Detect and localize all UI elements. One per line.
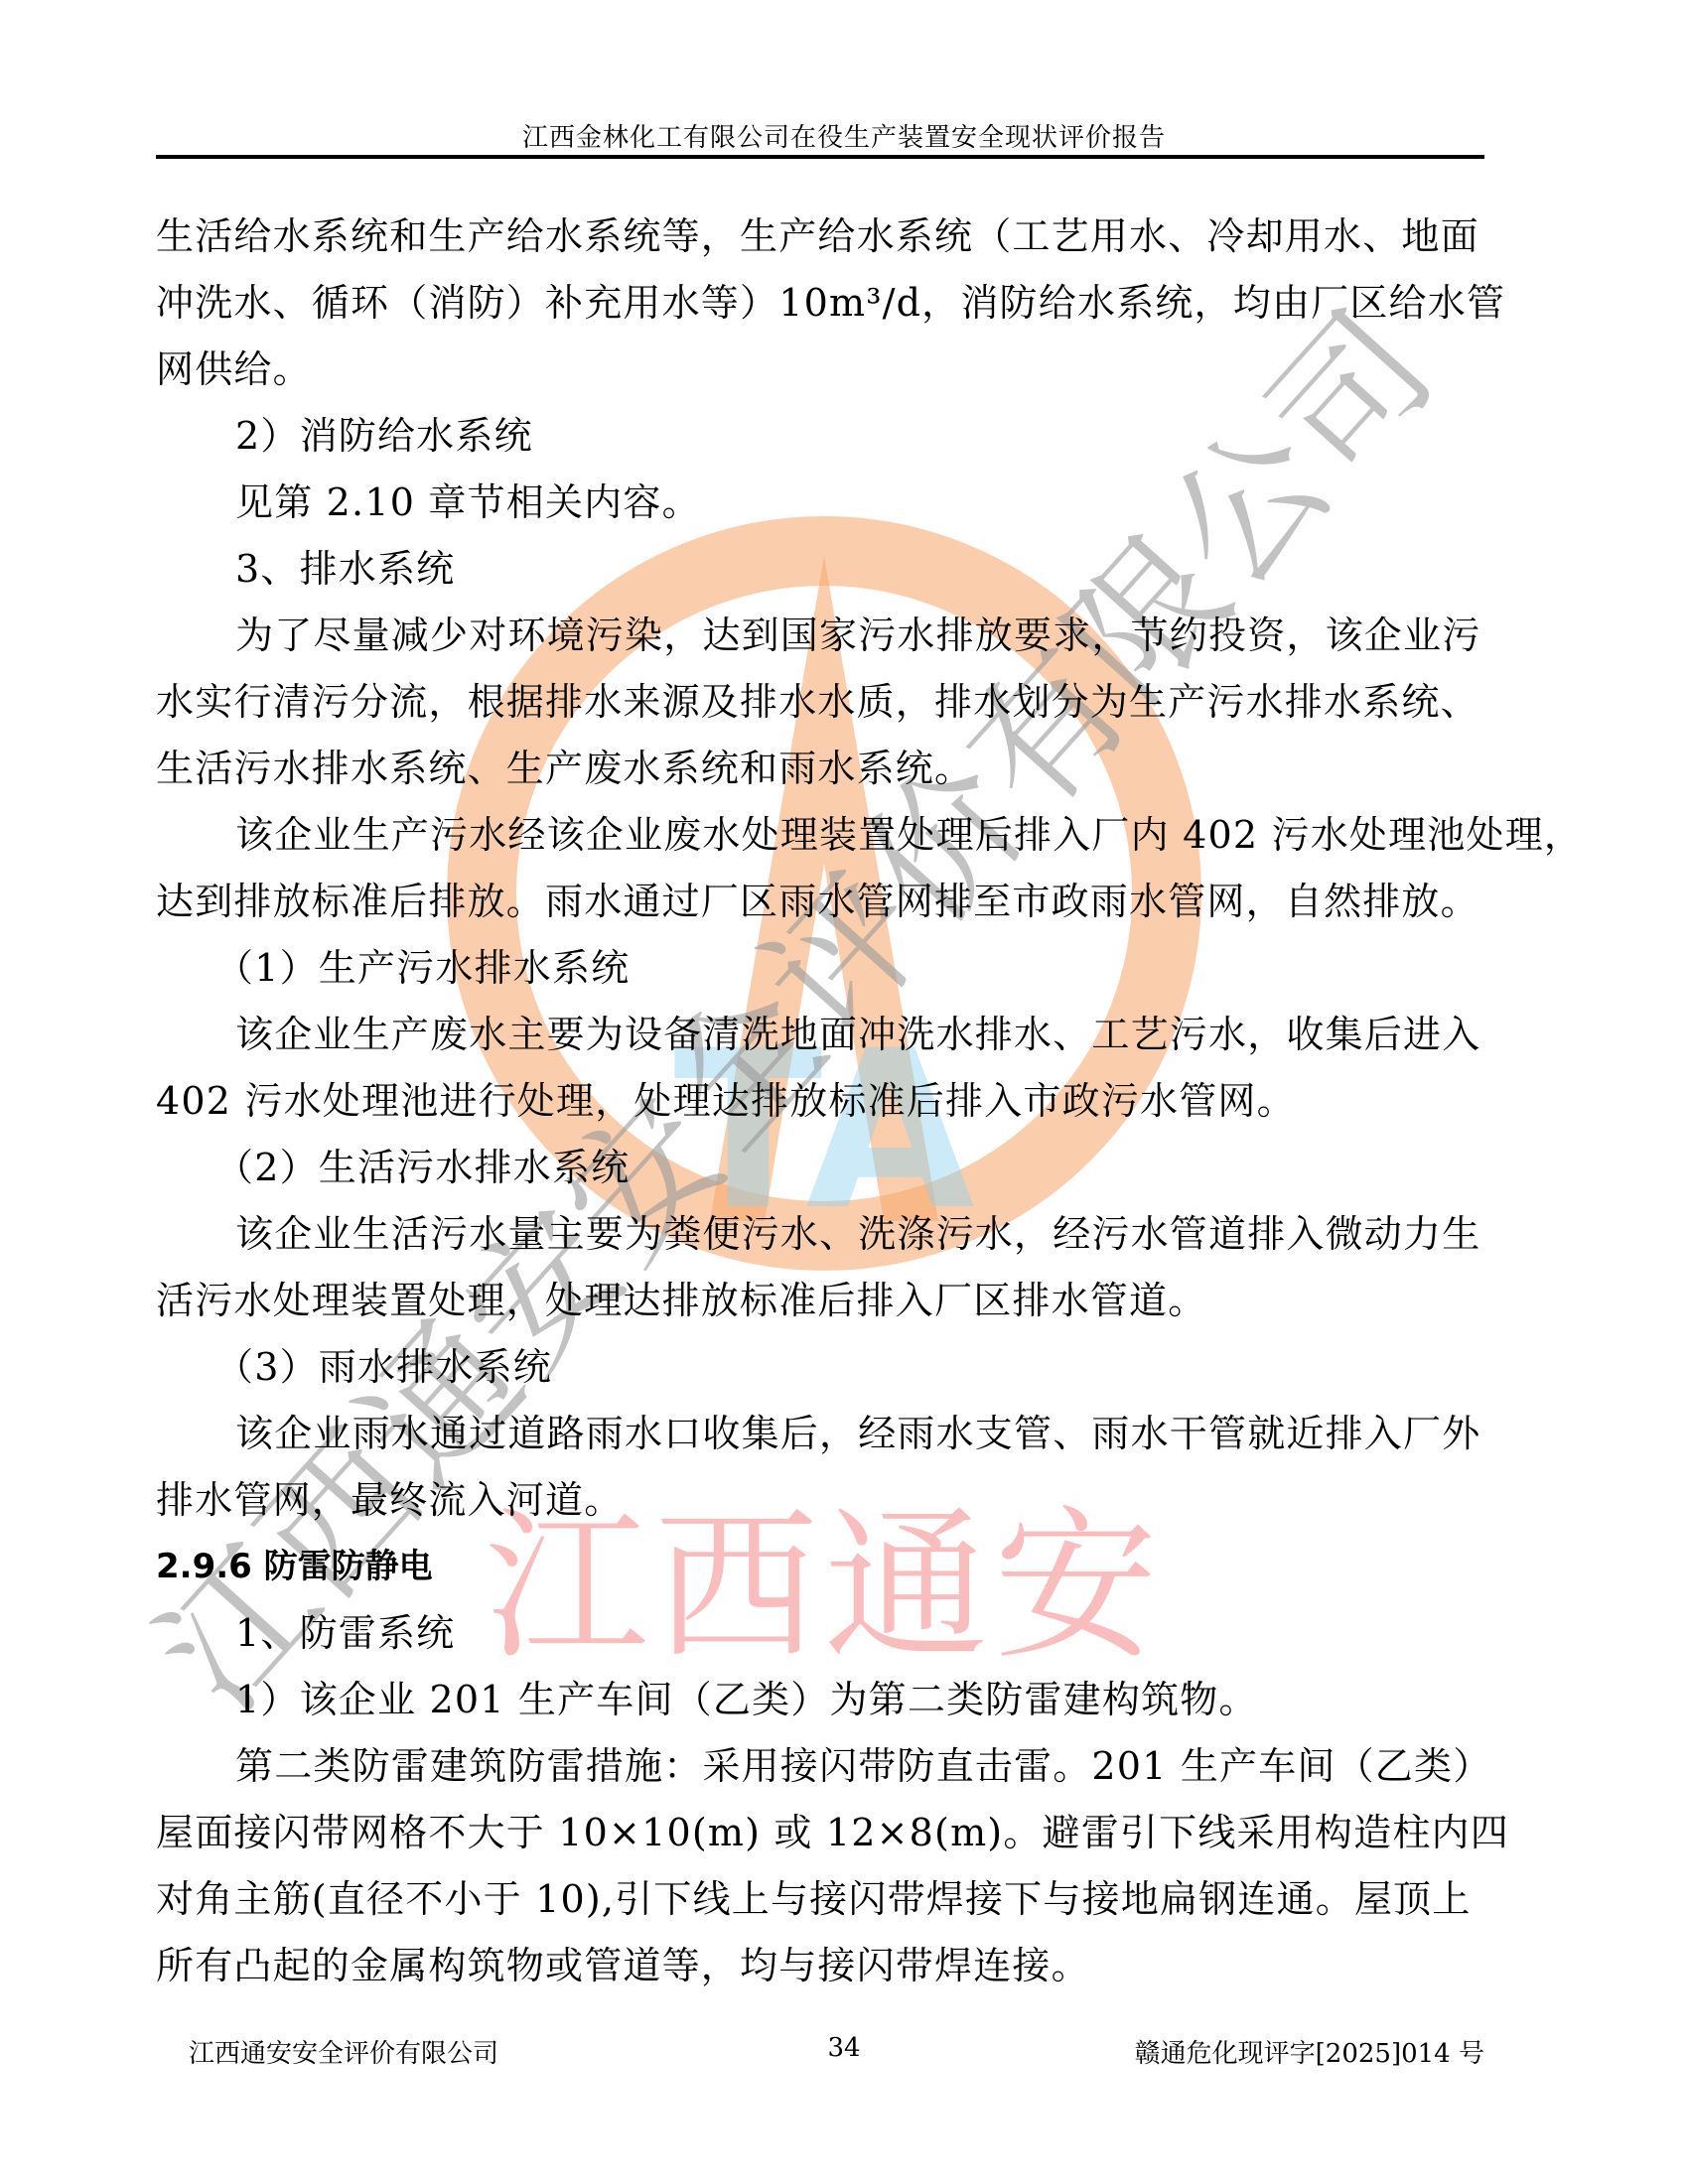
subheading-domestic-sewage: （2）生活污水排水系统 bbox=[156, 1135, 1484, 1201]
footer-doc-number: 赣通危化现评字[2025]014 号 bbox=[1135, 2033, 1484, 2070]
paragraph-line: 为了尽量减少对环境污染，达到国家污水排放要求，节约投资，该企业污 bbox=[156, 603, 1484, 669]
paragraph-line: 生活给水系统和生产给水系统等，生产给水系统（工艺用水、冷却用水、地面 bbox=[156, 204, 1484, 270]
subheading-rainwater: （3）雨水排水系统 bbox=[156, 1334, 1484, 1401]
paragraph-line: 排水管网，最终流入河道。 bbox=[156, 1467, 1484, 1534]
document-body: 生活给水系统和生产给水系统等，生产给水系统（工艺用水、冷却用水、地面 冲洗水、循… bbox=[156, 204, 1484, 1999]
paragraph-line: 1）该企业 201 生产车间（乙类）为第二类防雷建构筑物。 bbox=[156, 1667, 1484, 1733]
page-header-title: 江西金林化工有限公司在役生产装置安全现状评价报告 bbox=[0, 117, 1688, 154]
paragraph-line: 冲洗水、循环（消防）补充用水等）10m³/d，消防给水系统，均由厂区给水管 bbox=[156, 270, 1484, 337]
paragraph-line: 402 污水处理池进行处理，处理达排放标准后排入市政污水管网。 bbox=[156, 1068, 1484, 1135]
paragraph-line: 对角主筋(直径不小于 10),引下线上与接闪带焊接下与接地扁钢连通。屋顶上 bbox=[156, 1866, 1484, 1933]
document-page: TA 江西通安 江西通安安全评价有限公司 江西金林化工有限公司在役生产装置安全现… bbox=[0, 0, 1688, 2184]
paragraph-line: 所有凸起的金属构筑物或管道等，均与接闪带焊连接。 bbox=[156, 1933, 1484, 1999]
subheading-lightning: 1、防雷系统 bbox=[156, 1600, 1484, 1667]
paragraph-line: 生活污水排水系统、生产废水系统和雨水系统。 bbox=[156, 736, 1484, 802]
paragraph-line: 该企业生产污水经该企业废水处理装置处理后排入厂内 402 污水处理池处理， bbox=[156, 802, 1484, 869]
footer-company: 江西通安安全评价有限公司 bbox=[189, 2033, 498, 2070]
header-divider bbox=[156, 155, 1484, 159]
paragraph-line: 见第 2.10 章节相关内容。 bbox=[156, 470, 1484, 536]
subheading-fire-water: 2）消防给水系统 bbox=[156, 403, 1484, 470]
paragraph-line: 网供给。 bbox=[156, 337, 1484, 403]
paragraph-line: 该企业雨水通过道路雨水口收集后，经雨水支管、雨水干管就近排入厂外 bbox=[156, 1401, 1484, 1467]
paragraph-line: 该企业生产废水主要为设备清洗地面冲洗水排水、工艺污水，收集后进入 bbox=[156, 1002, 1484, 1068]
section-heading: 2.9.6 防雷防静电 bbox=[156, 1534, 1484, 1600]
paragraph-line: 该企业生活污水量主要为粪便污水、洗涤污水，经污水管道排入微动力生 bbox=[156, 1201, 1484, 1268]
subheading-drainage: 3、排水系统 bbox=[156, 536, 1484, 603]
paragraph-line: 第二类防雷建筑防雷措施：采用接闪带防直击雷。201 生产车间（乙类） bbox=[156, 1733, 1484, 1800]
paragraph-line: 水实行清污分流，根据排水来源及排水水质，排水划分为生产污水排水系统、 bbox=[156, 669, 1484, 736]
paragraph-line: 活污水处理装置处理，处理达排放标准后排入厂区排水管道。 bbox=[156, 1268, 1484, 1334]
subheading-production-sewage: （1）生产污水排水系统 bbox=[156, 935, 1484, 1002]
paragraph-line: 达到排放标准后排放。雨水通过厂区雨水管网排至市政雨水管网，自然排放。 bbox=[156, 869, 1484, 935]
paragraph-line: 屋面接闪带网格不大于 10×10(m) 或 12×8(m)。避雷引下线采用构造柱… bbox=[156, 1800, 1484, 1866]
